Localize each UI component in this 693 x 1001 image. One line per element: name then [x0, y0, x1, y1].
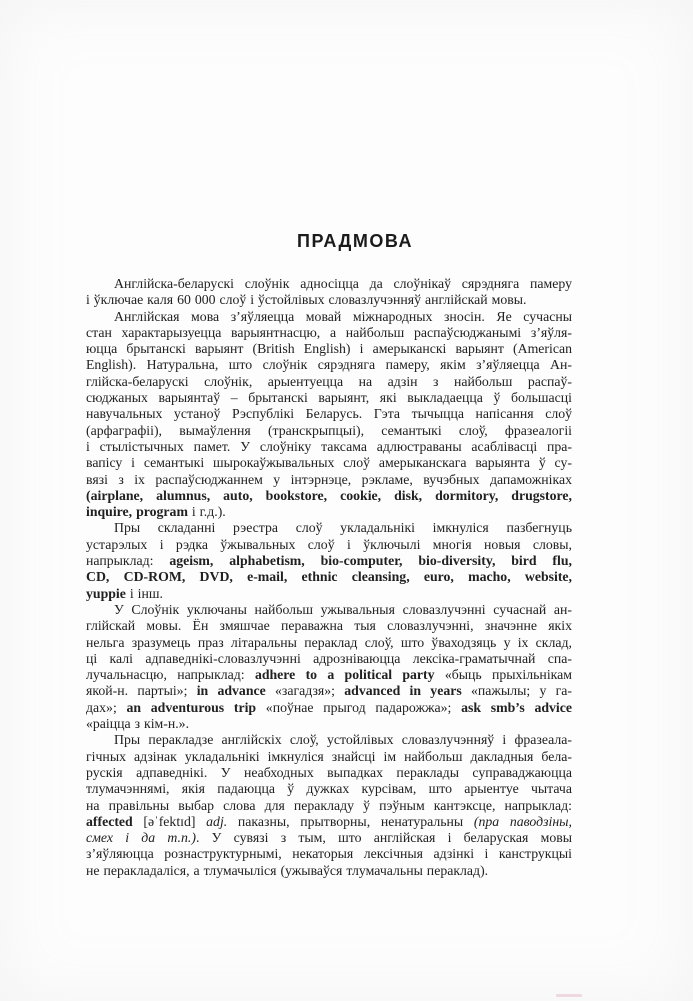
body-text: «раіцца з кім-н.». — [86, 716, 189, 731]
body-text: рускія адпаведнікі. У неабходных выпадка… — [86, 765, 572, 780]
text-line: вязі з іх распаўсюджаннем у інтэрнэце, р… — [86, 472, 572, 488]
text-line: affected [əˈfektɪd] adj. паказны, прытво… — [86, 814, 572, 830]
body-text: тлумачэннямі, якія падаюцца ў дужках кур… — [86, 781, 572, 796]
body-text: English). Натуральна, што слоўнік сярэдн… — [86, 357, 572, 372]
body-text: «быць прыхільнікам — [435, 667, 572, 682]
text-line: навучальных устаноў Рэспублікі Беларусь.… — [86, 406, 572, 422]
body-text: Англійска-беларускі слоўнік адносіцца да… — [114, 276, 572, 291]
text-line: (арфаграфіі), вымаўлення (транскрыпцыі),… — [86, 423, 572, 439]
body-text: юцца брытанскі варыянт (British English)… — [86, 341, 572, 356]
text-line: Пры перакладзе англійскіх слоў, устойлів… — [86, 732, 572, 748]
bold-text: yuppie — [86, 586, 126, 601]
italic-text: adj. — [206, 814, 227, 829]
text-line: якой-н. партыі»; in advance «загадзя»; a… — [86, 683, 572, 699]
text-line: і ўключае каля 60 000 слоў і ўстойлівых … — [86, 292, 572, 308]
body-text: вязі з іх распаўсюджаннем у інтэрнэце, р… — [86, 472, 572, 487]
body-text: сюджаных варыянтаў – брытанскі варыянт, … — [86, 390, 572, 405]
text-line: нельга зразумець праз літаральны перакла… — [86, 635, 572, 651]
text-line: на правільны выбар слова для перакладу ў… — [86, 798, 572, 814]
text-line: і стылістычных памет. У слоўніку таксама… — [86, 439, 572, 455]
text-line: глійска-беларускі слоўнік, арыентуецца н… — [86, 374, 572, 390]
scanned-book-page: ПРАДМОВА Англійска-беларускі слоўнік адн… — [0, 0, 693, 1001]
paragraph: У Слоўнік уключаны найбольш ужывальныя с… — [86, 602, 572, 732]
text-line: юцца брытанскі варыянт (British English)… — [86, 341, 572, 357]
bold-text: CD, CD-ROM, DVD, e-mail, ethnic cleansin… — [86, 569, 572, 584]
text-line: рускія адпаведнікі. У неабходных выпадка… — [86, 765, 572, 781]
text-line: yuppie і інш. — [86, 586, 572, 602]
body-text: (арфаграфіі), вымаўлення (транскрыпцыі),… — [86, 423, 572, 438]
body-text: глійска-беларускі слоўнік, арыентуецца н… — [86, 374, 572, 389]
text-line: вапісу і семантыкі шырокаўжывальных слоў… — [86, 455, 572, 471]
text-line: (airplane, alumnus, auto, bookstore, coo… — [86, 488, 572, 504]
text-line: з’яўляюцца рознаструктурнымі, некаторыя … — [86, 846, 572, 862]
body-text: ці калі адпаведнікі-словазлучэнні адрозн… — [86, 651, 572, 666]
text-line: гічных адзінак укладальнікі імкнуліся зн… — [86, 749, 572, 765]
body-text: глійскай мовы. Ён змяшчае пераважна тыя … — [86, 618, 572, 633]
text-line: сюджаных варыянтаў – брытанскі варыянт, … — [86, 390, 572, 406]
italic-text: смех і да т.п.) — [86, 830, 196, 845]
text-line: inquire, program і г.д.). — [86, 504, 572, 520]
body-text: вапісу і семантыкі шырокаўжывальных слоў… — [86, 455, 572, 470]
bold-text: ageism, alphabetism, bio-computer, bio-d… — [169, 553, 572, 568]
document-body: Англійска-беларускі слоўнік адносіцца да… — [86, 276, 572, 879]
body-text: устарэлых і рэдка ўжывальных слоў і ўклю… — [86, 537, 572, 552]
text-line: лучальнасцю, напрыклад: adhere to a poli… — [86, 667, 572, 683]
text-line: English). Натуральна, што слоўнік сярэдн… — [86, 357, 572, 373]
text-line: напрыклад: ageism, alphabetism, bio-comp… — [86, 553, 572, 569]
bold-text: (airplane, alumnus, auto, bookstore, coo… — [86, 488, 572, 503]
body-text: лучальнасцю, напрыклад: — [86, 667, 255, 682]
body-text: якой-н. партыі»; — [86, 683, 197, 698]
italic-text: (пра паводзіны, — [474, 814, 572, 829]
text-line: стан характарызуецца варыянтнасцю, а най… — [86, 325, 572, 341]
body-text: «поўнае прыгод падарожжа»; — [256, 700, 461, 715]
body-text: і інш. — [126, 586, 163, 601]
body-text: напрыклад: — [86, 553, 169, 568]
text-line: глійскай мовы. Ён змяшчае пераважна тыя … — [86, 618, 572, 634]
body-text: нельга зразумець праз літаральны перакла… — [86, 635, 572, 650]
text-line: CD, CD-ROM, DVD, e-mail, ethnic cleansin… — [86, 569, 572, 585]
text-line: ці калі адпаведнікі-словазлучэнні адрозн… — [86, 651, 572, 667]
body-text: паказны, прытворны, ненатуральны — [227, 814, 474, 829]
paragraph: Пры складанні рэестра слоў укладальнікі … — [86, 520, 572, 601]
text-line: У Слоўнік уключаны найбольш ужывальныя с… — [86, 602, 572, 618]
bold-text: adhere to a political party — [255, 667, 435, 682]
body-text: гічных адзінак укладальнікі імкнуліся зн… — [86, 749, 572, 764]
text-line: устарэлых і рэдка ўжывальных слоў і ўклю… — [86, 537, 572, 553]
body-text: «загадзя»; — [266, 683, 345, 698]
bold-text: inquire, program — [86, 504, 188, 519]
body-text: і стылістычных памет. У слоўніку таксама… — [86, 439, 572, 454]
text-line: Англійска-беларускі слоўнік адносіцца да… — [86, 276, 572, 292]
paragraph: Англійска-беларускі слоўнік адносіцца да… — [86, 276, 572, 309]
text-line: смех і да т.п.). У сувязі з тым, што анг… — [86, 830, 572, 846]
bold-text: an adventurous trip — [127, 700, 257, 715]
bold-text: in advance — [197, 683, 266, 698]
text-line: Пры складанні рэестра слоў укладальнікі … — [86, 520, 572, 536]
body-text: дах»; — [86, 700, 127, 715]
paragraph: Пры перакладзе англійскіх слоў, устойлів… — [86, 732, 572, 879]
body-text: і ўключае каля 60 000 слоў і ўстойлівых … — [86, 292, 526, 307]
body-text: Пры перакладзе англійскіх слоў, устойлів… — [114, 732, 572, 747]
body-text: не перакладаліся, а тлумачыліся (ужываўс… — [86, 863, 488, 878]
bold-text: affected — [86, 814, 133, 829]
body-text: і г.д.). — [188, 504, 226, 519]
body-text: [əˈfektɪd] — [133, 814, 206, 829]
text-line: «раіцца з кім-н.». — [86, 716, 572, 732]
scan-artifact-line — [556, 994, 582, 997]
page-title: ПРАДМОВА — [86, 231, 598, 252]
body-text: навучальных устаноў Рэспублікі Беларусь.… — [86, 406, 572, 421]
paragraph: Англійская мова з’яўляецца мовай міжнаро… — [86, 309, 572, 521]
body-text: У Слоўнік уключаны найбольш ужывальныя с… — [114, 602, 572, 617]
body-text: «пажылы; у га- — [462, 683, 572, 698]
body-text: Пры складанні рэестра слоў укладальнікі … — [114, 520, 572, 535]
text-line: тлумачэннямі, якія падаюцца ў дужках кур… — [86, 781, 572, 797]
bold-text: ask smb’s advice — [461, 700, 572, 715]
body-text: Англійская мова з’яўляецца мовай міжнаро… — [114, 309, 572, 324]
text-line: Англійская мова з’яўляецца мовай міжнаро… — [86, 309, 572, 325]
text-line: дах»; an adventurous trip «поўнае прыгод… — [86, 700, 572, 716]
body-text: стан характарызуецца варыянтнасцю, а най… — [86, 325, 572, 340]
body-text: . У сувязі з тым, што англійская і белар… — [196, 830, 572, 845]
text-line: не перакладаліся, а тлумачыліся (ужываўс… — [86, 863, 572, 879]
body-text: з’яўляюцца рознаструктурнымі, некаторыя … — [86, 846, 572, 861]
body-text: на правільны выбар слова для перакладу ў… — [86, 798, 572, 813]
bold-text: advanced in years — [344, 683, 461, 698]
